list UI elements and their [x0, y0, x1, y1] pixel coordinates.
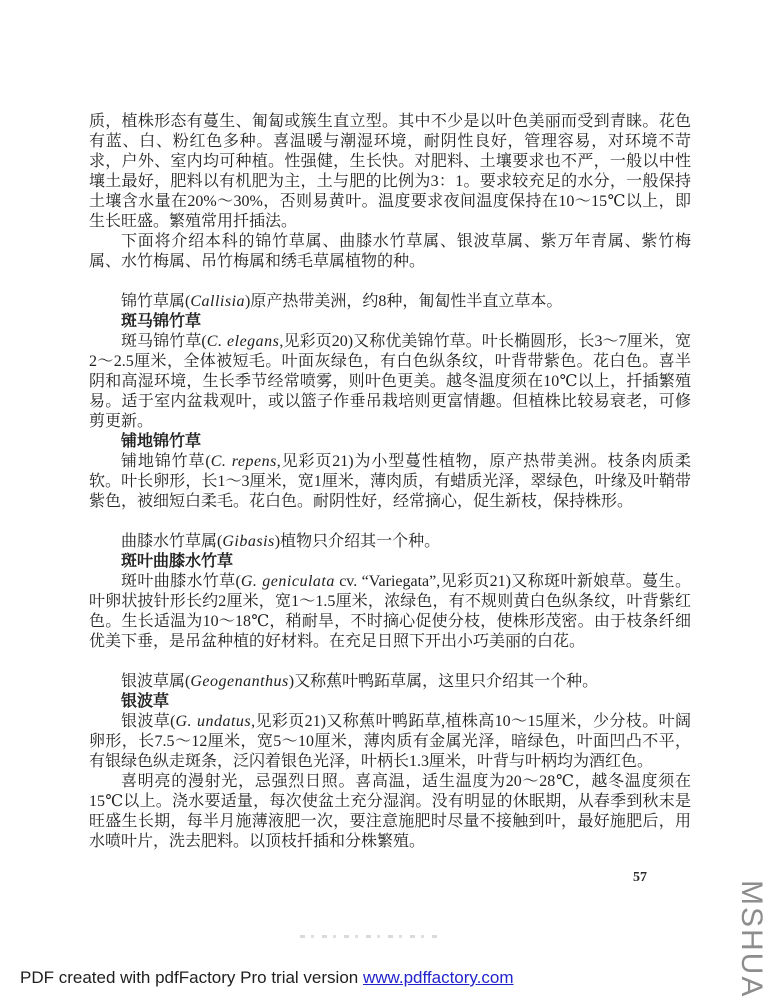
text-run: 下面将介绍本科的锦竹草属、曲膝水竹草属、银波草属、紫万年青属、紫竹梅属、水竹梅属…	[89, 233, 691, 270]
section-gap	[89, 652, 691, 672]
latin-name: Callisia	[190, 293, 245, 310]
text-run: 锦竹草属(	[121, 293, 190, 310]
scan-artifact	[300, 935, 440, 938]
paragraph: 铺地锦竹草(C. repens,见彩页21)为小型蔓性植物，原产热带美洲。枝条肉…	[89, 452, 691, 512]
text-run: 银波草属(	[121, 673, 190, 690]
latin-name: G. geniculata	[241, 573, 335, 590]
paragraph: 银波草(G. undatus,见彩页21)又称蕉叶鸭跖草,植株高10～15厘米，…	[89, 712, 691, 772]
text-run: )原产热带美洲，约8种，匍匐性半直立草本。	[245, 293, 562, 310]
paragraph: 银波草属(Geogenanthus)又称蕉叶鸭跖草属，这里只介绍其一个种。	[89, 672, 691, 692]
footer-link[interactable]: www.pdffactory.com	[363, 968, 514, 987]
species-heading: 银波草	[89, 692, 691, 712]
text-run: 斑叶曲膝水竹草(	[121, 573, 241, 590]
document-page: 质，植株形态有蔓生、匍匐或簇生直立型。其中不少是以叶色美丽而受到青睐。花色有蓝、…	[0, 0, 774, 1001]
text-run: 质，植株形态有蔓生、匍匐或簇生直立型。其中不少是以叶色美丽而受到青睐。花色有蓝、…	[89, 113, 691, 230]
paragraph: 质，植株形态有蔓生、匍匐或簇生直立型。其中不少是以叶色美丽而受到青睐。花色有蓝、…	[89, 112, 691, 232]
latin-name: Gibasis	[222, 533, 274, 550]
species-heading: 斑马锦竹草	[89, 312, 691, 332]
latin-name: Geogenanthus	[190, 673, 288, 690]
paragraph: 斑叶曲膝水竹草(G. geniculata cv. “Variegata”,见彩…	[89, 572, 691, 652]
text-run: 银波草(	[121, 713, 176, 730]
paragraph: 曲膝水竹草属(Gibasis)植物只介绍其一个种。	[89, 532, 691, 552]
latin-name: C. repens	[211, 453, 277, 470]
text-run: 铺地锦竹草	[121, 433, 201, 450]
paragraph: 锦竹草属(Callisia)原产热带美洲，约8种，匍匐性半直立草本。	[89, 292, 691, 312]
species-heading: 铺地锦竹草	[89, 432, 691, 452]
pdf-footer: PDF created with pdfFactory Pro trial ve…	[20, 968, 514, 988]
latin-name: C. elegans	[207, 333, 280, 350]
paragraph: 喜明亮的漫射光，忌强烈日照。喜高温，适生温度为20～28℃，越冬温度须在15℃以…	[89, 772, 691, 852]
species-heading: 斑叶曲膝水竹草	[89, 552, 691, 572]
text-run: 斑叶曲膝水竹草	[121, 553, 233, 570]
section-gap	[89, 512, 691, 532]
text-run: 银波草	[121, 693, 169, 710]
text-run: 斑马锦竹草(	[121, 333, 207, 350]
latin-name: G. undatus	[176, 713, 252, 730]
text-run: )植物只介绍其一个种。	[275, 533, 440, 550]
paragraph: 下面将介绍本科的锦竹草属、曲膝水竹草属、银波草属、紫万年青属、紫竹梅属、水竹梅属…	[89, 232, 691, 272]
footer-text: PDF created with pdfFactory Pro trial ve…	[20, 968, 363, 987]
paragraph: 斑马锦竹草(C. elegans,见彩页20)又称优美锦竹草。叶长椭圆形，长3～…	[89, 332, 691, 432]
page-number: 57	[633, 870, 647, 886]
section-gap	[89, 272, 691, 292]
text-run: 喜明亮的漫射光，忌强烈日照。喜高温，适生温度为20～28℃，越冬温度须在15℃以…	[89, 773, 691, 850]
text-run: 铺地锦竹草(	[121, 453, 211, 470]
watermark-text: MSHUA	[734, 880, 768, 986]
text-run: )又称蕉叶鸭跖草属，这里只介绍其一个种。	[289, 673, 598, 690]
text-run: 斑马锦竹草	[121, 313, 201, 330]
text-run: 曲膝水竹草属(	[121, 533, 222, 550]
page-text: 质，植株形态有蔓生、匍匐或簇生直立型。其中不少是以叶色美丽而受到青睐。花色有蓝、…	[89, 112, 691, 852]
